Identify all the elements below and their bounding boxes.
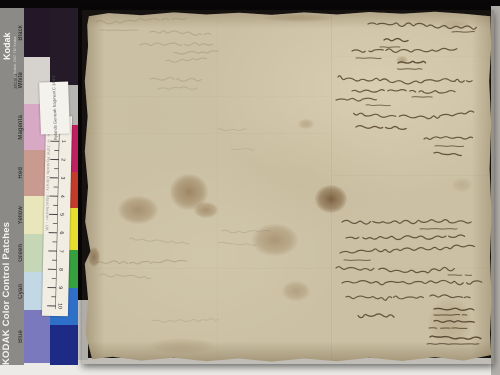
script-line bbox=[434, 152, 461, 155]
svg-text:2: 2 bbox=[60, 158, 66, 161]
faded-script-line bbox=[218, 242, 256, 245]
faded-script-line bbox=[100, 274, 151, 279]
script-line bbox=[352, 90, 455, 94]
script-line bbox=[356, 58, 381, 59]
script-line bbox=[434, 315, 469, 316]
faded-script-line bbox=[150, 77, 201, 81]
script-line bbox=[430, 295, 470, 298]
script-line bbox=[366, 105, 390, 106]
patch-label-white: 3/ColorWhite bbox=[0, 57, 24, 104]
script-line bbox=[384, 39, 408, 42]
shelfmark-line: Genizah bbox=[52, 109, 58, 125]
script-line bbox=[352, 48, 457, 52]
script-line bbox=[434, 308, 474, 310]
faded-script-line bbox=[100, 30, 137, 31]
script-line bbox=[420, 229, 459, 230]
handwriting-ink bbox=[84, 11, 492, 362]
script-line bbox=[429, 328, 467, 329]
vivid-patch-black bbox=[50, 8, 78, 85]
svg-text:9: 9 bbox=[57, 286, 63, 289]
svg-text:7: 7 bbox=[58, 250, 64, 253]
script-line bbox=[356, 126, 406, 130]
strip-title: KODAK Color Control Patches bbox=[1, 149, 14, 365]
script-line bbox=[358, 314, 394, 318]
faded-script-line bbox=[158, 87, 197, 90]
svg-text:6: 6 bbox=[58, 231, 64, 234]
script-line bbox=[448, 275, 472, 276]
script-line bbox=[452, 31, 474, 32]
svg-text:10: 10 bbox=[57, 303, 63, 309]
script-line bbox=[434, 320, 474, 322]
script-line bbox=[344, 260, 370, 261]
faded-script-line bbox=[152, 319, 218, 323]
photo-stage: Black3/ColorWhiteMagentaRedYellowGreenCy… bbox=[0, 0, 500, 375]
shelfmark-line: fragment bbox=[51, 91, 57, 108]
script-line bbox=[354, 111, 474, 119]
script-line bbox=[398, 61, 426, 63]
vivid-patch-blue bbox=[50, 325, 78, 365]
script-line bbox=[435, 146, 464, 147]
script-line bbox=[346, 235, 465, 240]
faded-script-line bbox=[174, 51, 218, 54]
faded-script-line bbox=[96, 260, 187, 264]
script-line bbox=[342, 280, 482, 284]
strip-label-column: Black3/ColorWhiteMagentaRedYellowGreenCy… bbox=[0, 8, 24, 365]
faded-script-line bbox=[140, 43, 213, 46]
shelfmark-text: Rylands Genizah fragment C 144-2 bbox=[51, 75, 59, 140]
script-line bbox=[346, 296, 423, 300]
script-line bbox=[424, 137, 472, 140]
script-line bbox=[342, 220, 471, 224]
faded-script-line bbox=[232, 149, 255, 151]
faded-script-line bbox=[130, 238, 189, 244]
pastel-patch-blue bbox=[24, 310, 50, 363]
svg-text:3: 3 bbox=[59, 176, 65, 179]
script-line bbox=[380, 47, 400, 48]
script-line bbox=[398, 69, 423, 70]
faded-script-line bbox=[150, 31, 211, 35]
script-line bbox=[340, 245, 474, 253]
script-line bbox=[368, 23, 476, 29]
svg-text:5: 5 bbox=[58, 213, 64, 216]
faded-script-line bbox=[222, 230, 270, 233]
shelfmark-line: Rylands bbox=[52, 125, 58, 140]
faded-script-line bbox=[96, 18, 195, 24]
svg-text:4: 4 bbox=[59, 195, 65, 198]
patch-label-magenta: Magenta bbox=[0, 104, 24, 150]
script-line bbox=[430, 336, 481, 339]
faded-script-line bbox=[166, 58, 207, 62]
shelfmark-line: C 144-2 bbox=[51, 75, 57, 90]
cm-ruler: Image © John Rylands Library : Mancheste… bbox=[42, 116, 72, 317]
script-line bbox=[336, 267, 458, 273]
script-line bbox=[427, 344, 479, 345]
script-line bbox=[338, 76, 472, 84]
pastel-patch-black bbox=[24, 8, 50, 57]
manuscript-leaf bbox=[84, 11, 492, 362]
faded-script-line bbox=[218, 129, 246, 131]
script-line bbox=[336, 98, 376, 101]
shelfmark-sticker: Rylands Genizah fragment C 144-2 bbox=[39, 82, 70, 135]
svg-text:1: 1 bbox=[60, 140, 66, 143]
kodak-small-print: ©Kodak, 2007 TM: Kodak bbox=[13, 18, 19, 78]
svg-text:8: 8 bbox=[57, 268, 63, 271]
